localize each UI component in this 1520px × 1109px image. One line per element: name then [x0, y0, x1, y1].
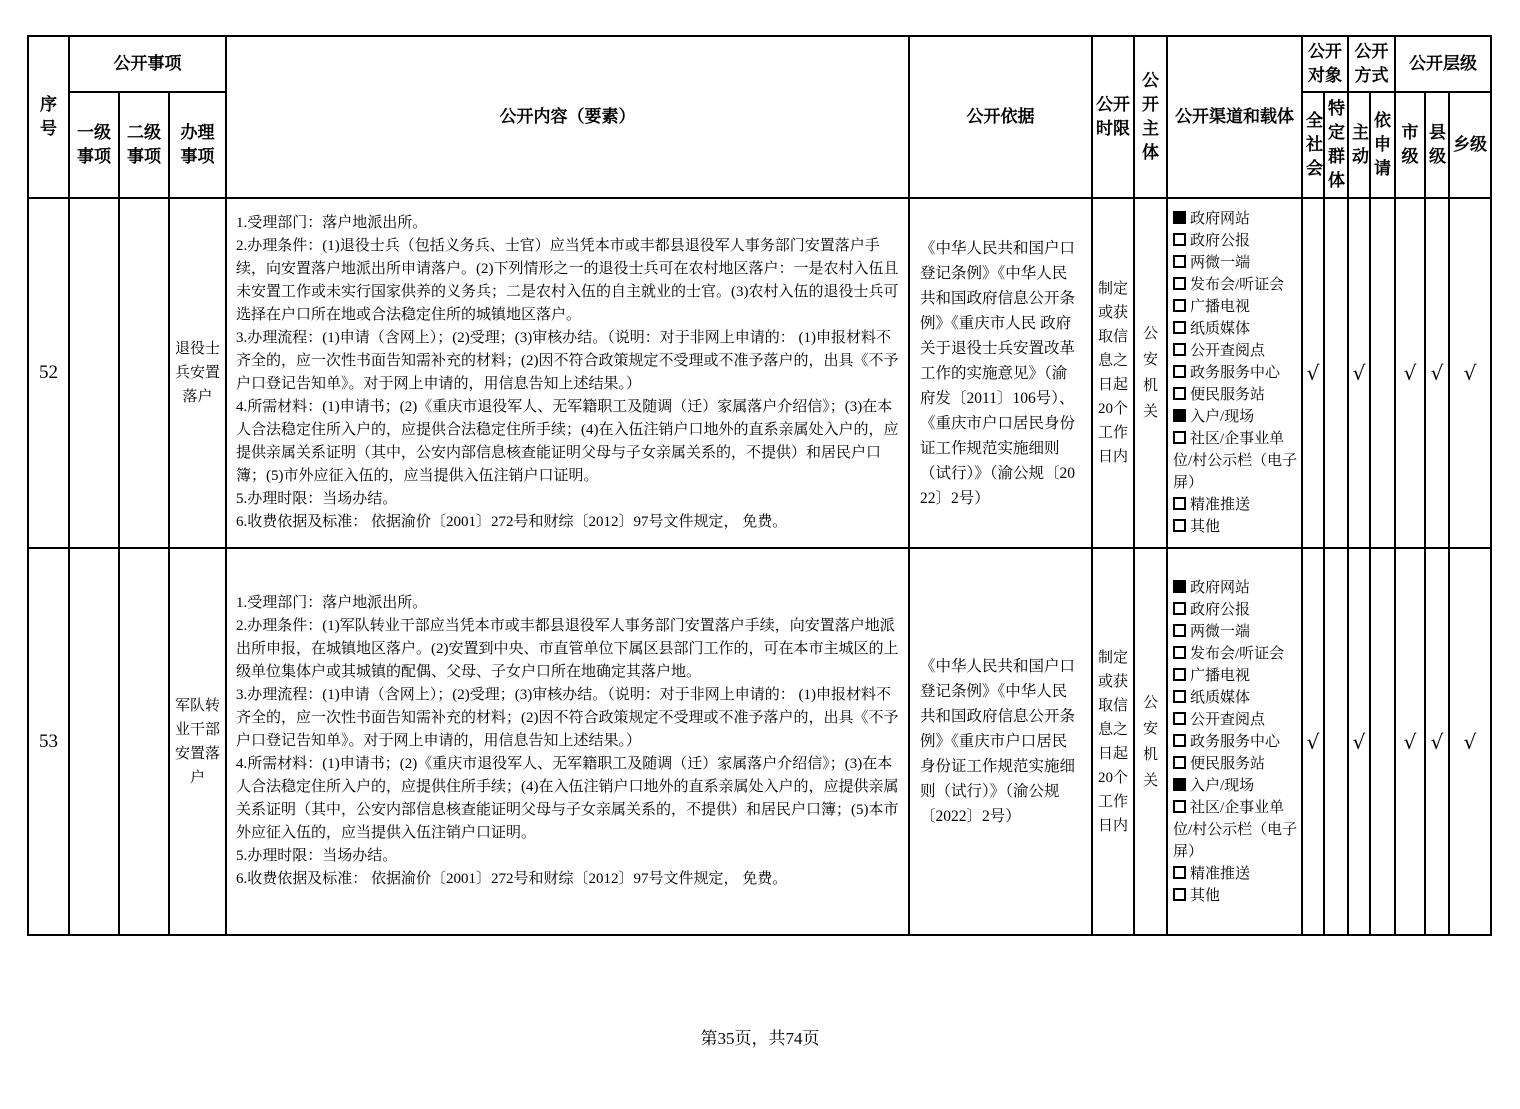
- header-target: 公开对象: [1302, 36, 1348, 92]
- basis-cell: 《中华人民共和国户口登记条例》《中华人民共和国政府信息公开条例》《重庆市人民 政…: [909, 198, 1092, 548]
- header-level-county: 县级: [1425, 92, 1449, 198]
- checkbox-icon: [1173, 497, 1186, 510]
- channel-label: 纸质媒体: [1190, 321, 1250, 337]
- checkbox-icon: [1173, 888, 1186, 901]
- header-level-city: 市级: [1395, 92, 1425, 198]
- channel-label: 政务服务中心: [1190, 365, 1280, 381]
- channel-item: 公开查阅点: [1173, 709, 1299, 731]
- channel-label: 社区/企事业单位/村公示栏（电子屏）: [1173, 431, 1297, 491]
- channel-item: 广播电视: [1173, 296, 1299, 318]
- channel-item: 两微一端: [1173, 252, 1299, 274]
- checkbox-icon: [1173, 343, 1186, 356]
- channel-item: 广播电视: [1173, 665, 1299, 687]
- channel-label: 两微一端: [1190, 255, 1250, 271]
- checkbox-icon: [1173, 519, 1186, 532]
- header-level2: 二级事项: [119, 92, 169, 198]
- header-time-limit: 公开时限: [1092, 36, 1134, 198]
- header-channels: 公开渠道和载体: [1167, 36, 1302, 198]
- handling-item-cell: 退役士兵安置落户: [169, 198, 226, 548]
- header-handling-item: 办理事项: [169, 92, 226, 198]
- target-all-mark: √: [1302, 548, 1324, 935]
- channel-item: 其他: [1173, 885, 1299, 907]
- channel-label: 其他: [1190, 519, 1220, 535]
- channel-label: 政府公报: [1190, 602, 1250, 618]
- level-city-mark: √: [1395, 548, 1425, 935]
- header-content: 公开内容（要素）: [226, 36, 909, 198]
- level-city-mark: √: [1395, 198, 1425, 548]
- channel-label: 公开查阅点: [1190, 343, 1265, 359]
- checkbox-icon: [1173, 431, 1186, 444]
- method-active-mark: √: [1348, 198, 1370, 548]
- checkbox-icon: [1173, 387, 1186, 400]
- channel-item: 政务服务中心: [1173, 362, 1299, 384]
- table-row-52: 52 退役士兵安置落户 1.受理部门：落户地派出所。 2.办理条件：(1)退役士…: [28, 198, 1491, 548]
- channel-item: 政务服务中心: [1173, 731, 1299, 753]
- level2-cell: [119, 548, 169, 935]
- channel-label: 两微一端: [1190, 624, 1250, 640]
- page-footer: 第35页，共74页: [0, 1024, 1520, 1049]
- channel-label: 便民服务站: [1190, 756, 1265, 772]
- channel-item: 发布会/听证会: [1173, 274, 1299, 296]
- time-limit-cell: 制定或获取信息之日起20个工作日内: [1092, 198, 1134, 548]
- channel-label: 社区/企事业单位/村公示栏（电子屏）: [1173, 800, 1297, 860]
- header-method-request: 依申请: [1370, 92, 1395, 198]
- seq-cell: 53: [28, 548, 69, 935]
- channels-cell: 政府网站 政府公报 两微一端 发布会/听证会 广播电视 纸质媒体 公开查阅点 政…: [1167, 198, 1302, 548]
- channel-item: 政府公报: [1173, 230, 1299, 252]
- handling-item-cell: 军队转业干部安置落户: [169, 548, 226, 935]
- channel-item: 社区/企事业单位/村公示栏（电子屏）: [1173, 797, 1299, 863]
- channel-item: 发布会/听证会: [1173, 643, 1299, 665]
- checkbox-icon: [1173, 690, 1186, 703]
- target-specific-mark: [1324, 198, 1348, 548]
- method-active-mark: √: [1348, 548, 1370, 935]
- level-county-mark: √: [1425, 198, 1449, 548]
- channel-item: 政府网站: [1173, 577, 1299, 599]
- target-all-mark: √: [1302, 198, 1324, 548]
- time-limit-cell: 制定或获取信息之日起20个工作日内: [1092, 548, 1134, 935]
- channel-label: 政府网站: [1190, 211, 1250, 227]
- content-cell: 1.受理部门：落户地派出所。 2.办理条件：(1)退役士兵（包括义务兵、士官）应…: [226, 198, 909, 548]
- checkbox-icon: [1173, 255, 1186, 268]
- channel-item: 便民服务站: [1173, 753, 1299, 775]
- channel-item: 纸质媒体: [1173, 687, 1299, 709]
- header-method-active: 主动: [1348, 92, 1370, 198]
- checkbox-icon: [1173, 624, 1186, 637]
- channel-label: 政府公报: [1190, 233, 1250, 249]
- channels-cell: 政府网站 政府公报 两微一端 发布会/听证会 广播电视 纸质媒体 公开查阅点 政…: [1167, 548, 1302, 935]
- channel-item: 入户/现场: [1173, 406, 1299, 428]
- channel-item: 纸质媒体: [1173, 318, 1299, 340]
- header-subject: 公开主体: [1134, 36, 1167, 198]
- checkbox-icon: [1173, 365, 1186, 378]
- channel-label: 政府网站: [1190, 580, 1250, 596]
- method-request-mark: [1370, 548, 1395, 935]
- channel-label: 广播电视: [1190, 299, 1250, 315]
- header-level: 公开层级: [1395, 36, 1491, 92]
- header-level1: 一级事项: [69, 92, 119, 198]
- subject-cell: 公安机关: [1134, 548, 1167, 935]
- channel-item: 入户/现场: [1173, 775, 1299, 797]
- checkbox-icon: [1173, 712, 1186, 725]
- channel-item: 两微一端: [1173, 621, 1299, 643]
- header-basis: 公开依据: [909, 36, 1092, 198]
- table-row-53: 53 军队转业干部安置落户 1.受理部门：落户地派出所。 2.办理条件：(1)军…: [28, 548, 1491, 935]
- channel-label: 精准推送: [1190, 866, 1250, 882]
- checkbox-icon: [1173, 580, 1186, 593]
- level-town-mark: √: [1449, 548, 1491, 935]
- header-target-all: 全社会: [1302, 92, 1324, 198]
- checkbox-icon: [1173, 211, 1186, 224]
- level-county-mark: √: [1425, 548, 1449, 935]
- channel-item: 社区/企事业单位/村公示栏（电子屏）: [1173, 428, 1299, 494]
- checkbox-icon: [1173, 866, 1186, 879]
- checkbox-icon: [1173, 734, 1186, 747]
- channel-item: 政府网站: [1173, 208, 1299, 230]
- channel-label: 便民服务站: [1190, 387, 1265, 403]
- channel-item: 便民服务站: [1173, 384, 1299, 406]
- channel-label: 公开查阅点: [1190, 712, 1265, 728]
- checkbox-icon: [1173, 277, 1186, 290]
- channel-item: 公开查阅点: [1173, 340, 1299, 362]
- level1-cell: [69, 198, 119, 548]
- channel-label: 其他: [1190, 888, 1220, 904]
- checkbox-icon: [1173, 321, 1186, 334]
- disclosure-table: 序号 公开事项 公开内容（要素） 公开依据 公开时限 公开主体 公开渠道和载体 …: [27, 35, 1492, 936]
- checkbox-icon: [1173, 233, 1186, 246]
- header-target-specific: 特定群体: [1324, 92, 1348, 198]
- header-seq: 序号: [28, 36, 69, 198]
- header-method: 公开方式: [1348, 36, 1395, 92]
- header-disclosure-items: 公开事项: [69, 36, 226, 92]
- channel-label: 发布会/听证会: [1190, 646, 1284, 662]
- checkbox-icon: [1173, 756, 1186, 769]
- channel-item: 政府公报: [1173, 599, 1299, 621]
- checkbox-icon: [1173, 646, 1186, 659]
- target-specific-mark: [1324, 548, 1348, 935]
- method-request-mark: [1370, 198, 1395, 548]
- channel-label: 政务服务中心: [1190, 734, 1280, 750]
- header-level-town: 乡级: [1449, 92, 1491, 198]
- checkbox-icon: [1173, 299, 1186, 312]
- seq-cell: 52: [28, 198, 69, 548]
- level1-cell: [69, 548, 119, 935]
- subject-cell: 公安机关: [1134, 198, 1167, 548]
- channel-item: 精准推送: [1173, 863, 1299, 885]
- channel-label: 发布会/听证会: [1190, 277, 1284, 293]
- checkbox-icon: [1173, 409, 1186, 422]
- channel-label: 入户/现场: [1190, 778, 1254, 794]
- checkbox-icon: [1173, 668, 1186, 681]
- checkbox-icon: [1173, 602, 1186, 615]
- channel-label: 入户/现场: [1190, 409, 1254, 425]
- channel-label: 纸质媒体: [1190, 690, 1250, 706]
- content-cell: 1.受理部门：落户地派出所。 2.办理条件：(1)军队转业干部应当凭本市或丰都县…: [226, 548, 909, 935]
- checkbox-icon: [1173, 778, 1186, 791]
- checkbox-icon: [1173, 800, 1186, 813]
- level2-cell: [119, 198, 169, 548]
- channel-item: 其他: [1173, 516, 1299, 538]
- channel-item: 精准推送: [1173, 494, 1299, 516]
- level-town-mark: √: [1449, 198, 1491, 548]
- channel-label: 广播电视: [1190, 668, 1250, 684]
- channel-label: 精准推送: [1190, 497, 1250, 513]
- basis-cell: 《中华人民共和国户口登记条例》《中华人民共和国政府信息公开条例》《重庆市户口居民…: [909, 548, 1092, 935]
